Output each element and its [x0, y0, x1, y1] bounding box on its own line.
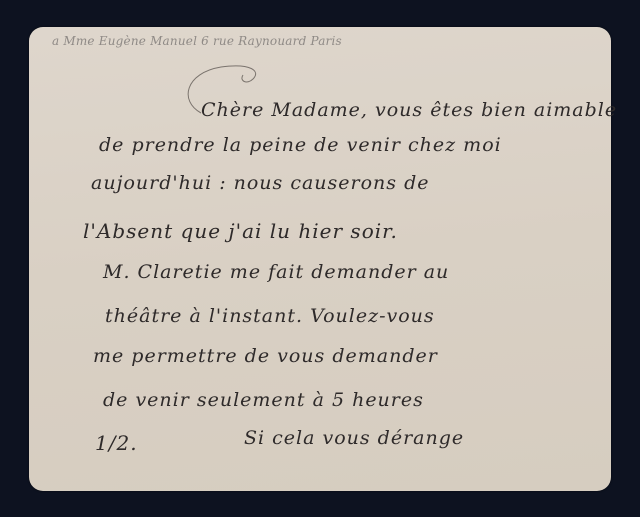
letter-line: 1/2. [95, 431, 138, 455]
letter-line: me permettre de vous demander [93, 345, 438, 367]
letter-line: de venir seulement à 5 heures [103, 389, 424, 411]
letter-line: aujourd'hui : nous causerons de [91, 172, 430, 194]
letter-line: Si cela vous dérange [244, 427, 464, 449]
letter-line: de prendre la peine de venir chez moi [99, 134, 502, 156]
letter-line: M. Claretie me fait demander au [103, 261, 449, 283]
letter-line: l'Absent que j'ai lu hier soir. [83, 219, 398, 243]
pencil-address-line: a Mme Eugène Manuel 6 rue Raynouard Pari… [52, 34, 342, 48]
letter-line: théâtre à l'instant. Voulez-vous [105, 305, 435, 327]
letter-card: a Mme Eugène Manuel 6 rue Raynouard Pari… [29, 27, 611, 491]
letter-line: Chère Madame, vous êtes bien aimable [201, 99, 617, 121]
